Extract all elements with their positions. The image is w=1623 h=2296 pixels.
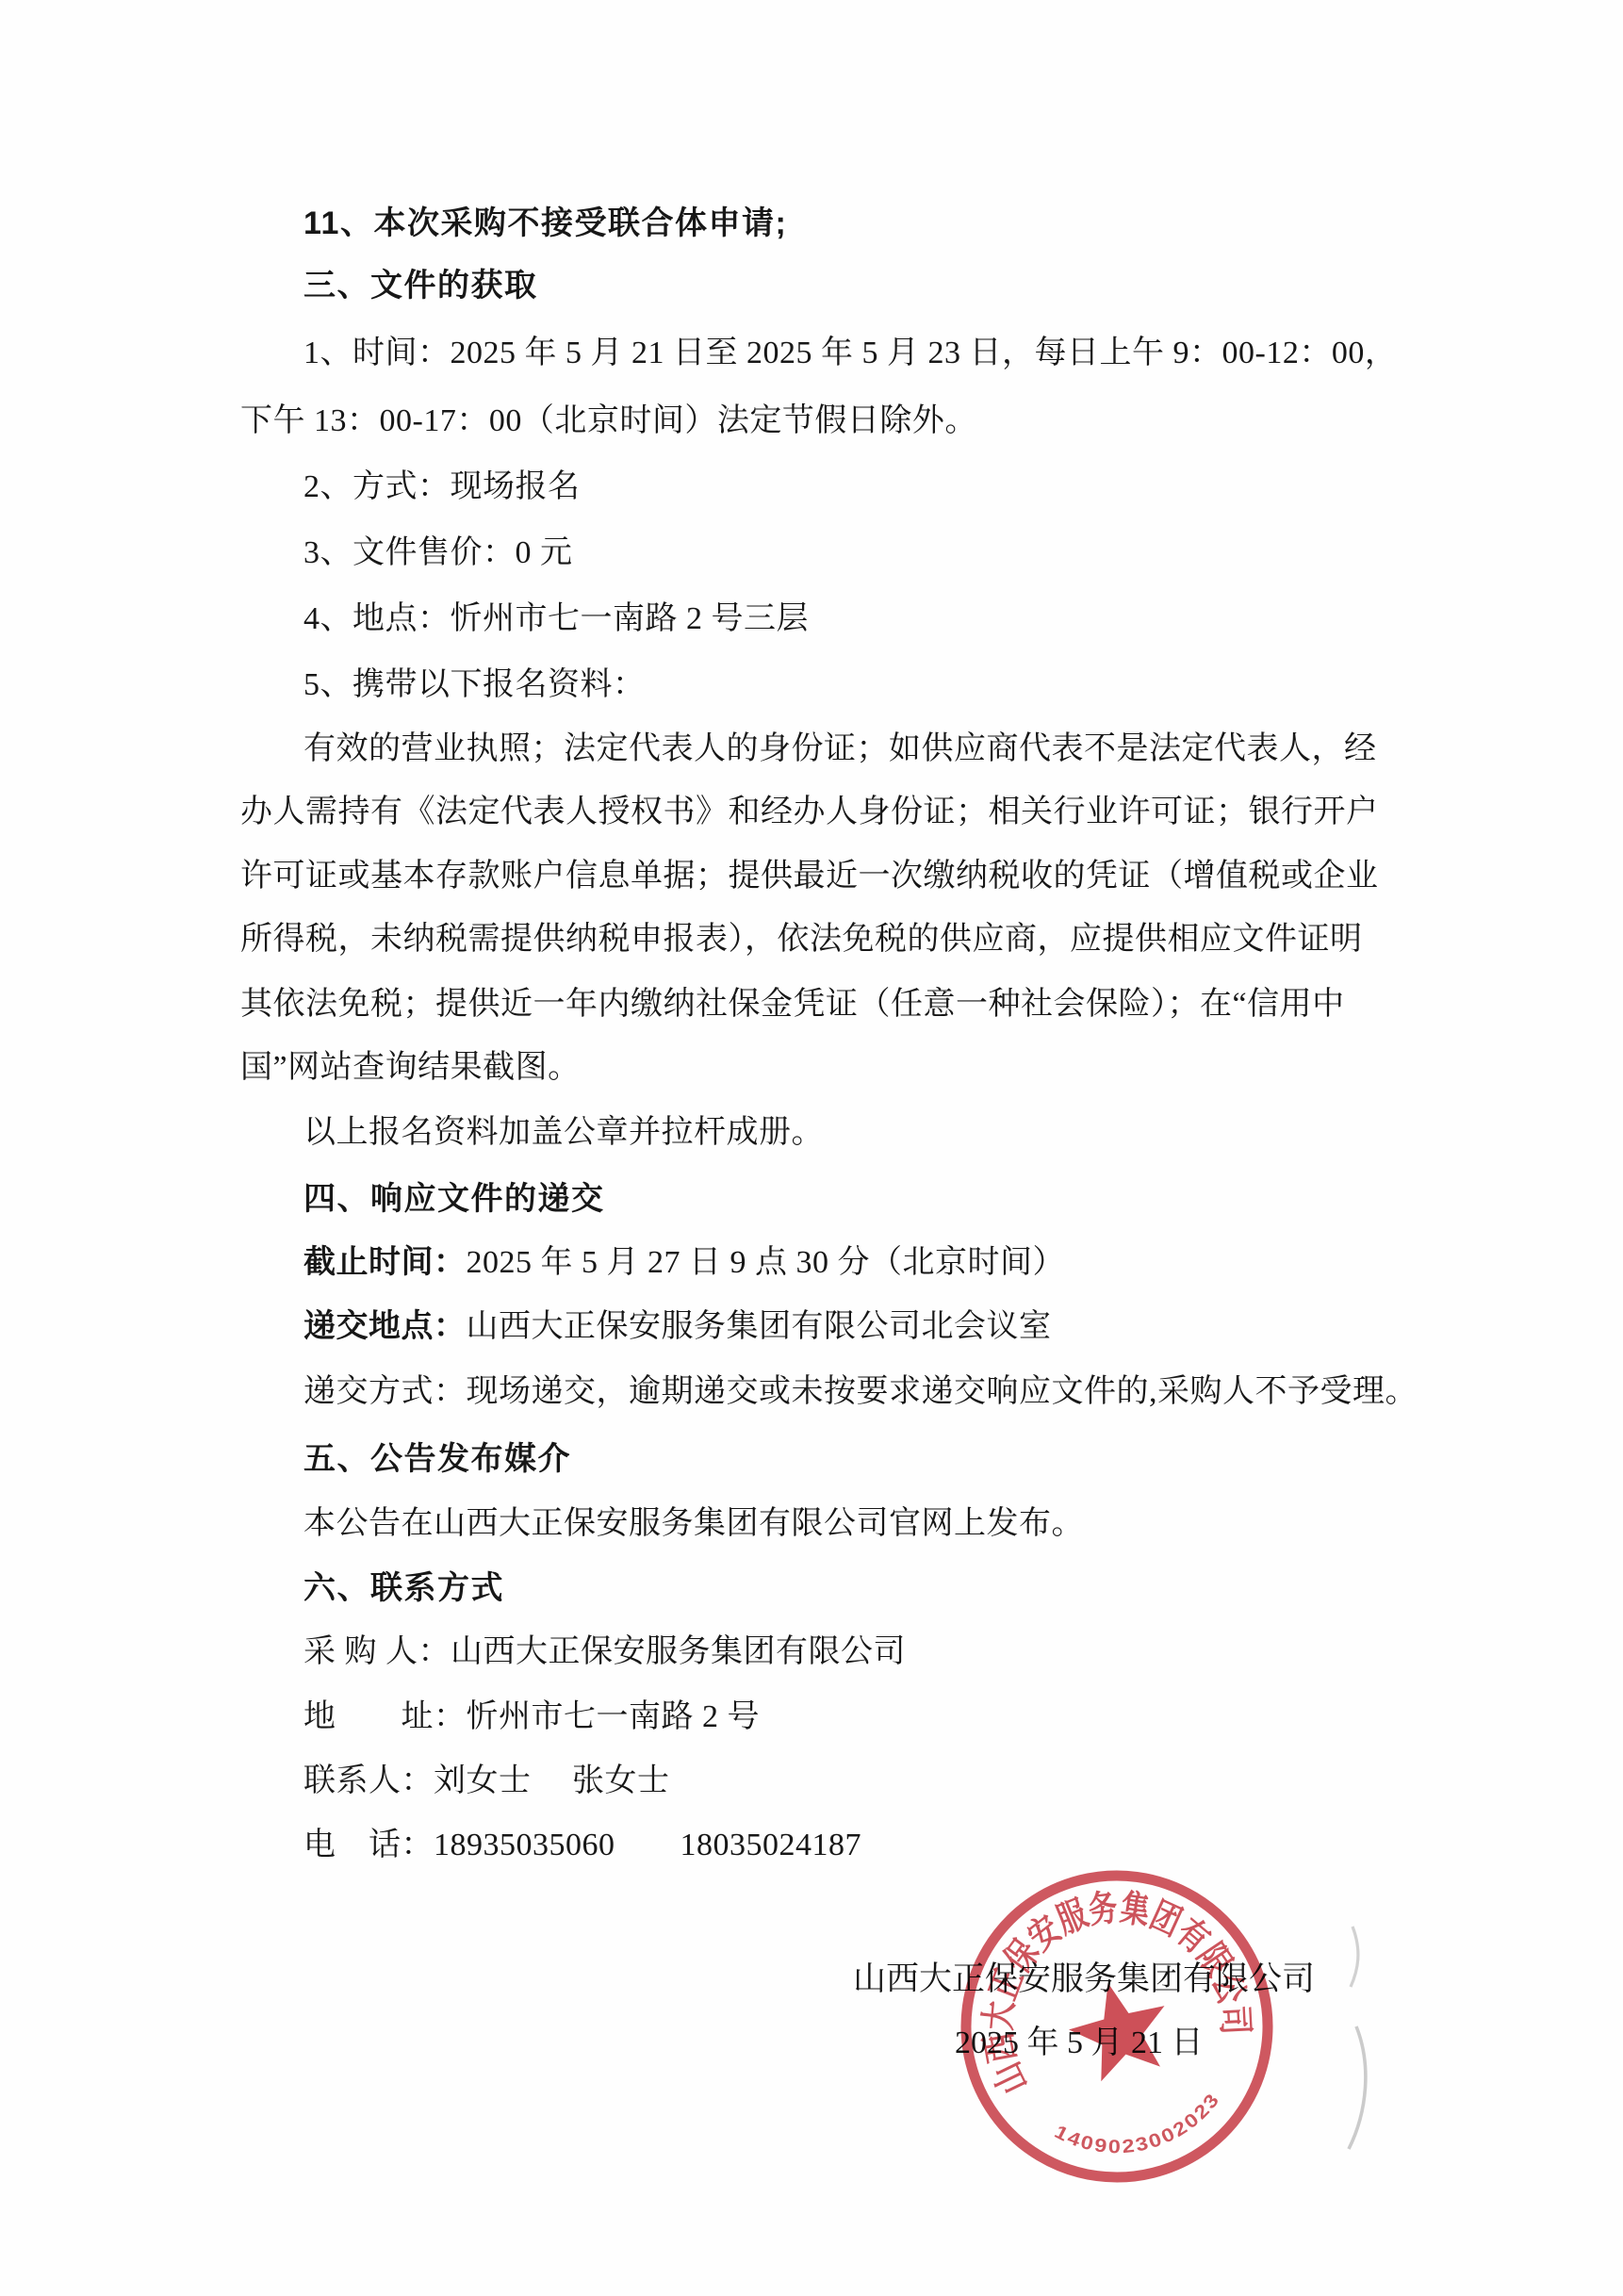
text-line: 四、响应文件的递交	[303, 1167, 605, 1231]
text-line: 其依法免税；提供近一年内缴纳社保金凭证（任意一种社会保险）；在“信用中	[240, 973, 1345, 1037]
text-line: 联系人：刘女士 张女士	[303, 1749, 670, 1813]
text-line: 11、本次采购不接受联合体申请;	[303, 191, 787, 255]
text-line: 三、文件的获取	[303, 254, 538, 318]
text-line: 电 话：18935035060 18035024187	[303, 1813, 861, 1878]
document-body: 11、本次采购不接受联合体申请;三、文件的获取1、时间：2025 年 5 月 2…	[0, 0, 1623, 2296]
star-icon	[1060, 1971, 1179, 2086]
text-line: 办人需持有《法定代表人授权书》和经办人身份证；相关行业许可证；银行开户	[240, 780, 1379, 845]
text-line: 下午 13：00-17：00（北京时间）法定节假日除外。	[240, 389, 977, 453]
text-line: 地 址：忻州市七一南路 2 号	[303, 1685, 760, 1749]
svg-text:1409023002023: 1409023002023	[1047, 2082, 1233, 2176]
text-line: 所得税，未纳税需提供纳税申报表），依法免税的供应商，应提供相应文件证明	[240, 908, 1363, 972]
line-text: 山西大正保安服务集团有限公司北会议室	[467, 1309, 1052, 1344]
line-label: 递交地点：	[303, 1309, 467, 1344]
text-line: 5、携带以下报名资料：	[303, 653, 646, 717]
text-line: 本公告在山西大正保安服务集团有限公司官网上发布。	[303, 1492, 1084, 1556]
text-line: 截止时间：2025 年 5 月 27 日 9 点 30 分（北京时间）	[303, 1231, 1065, 1295]
text-line: 有效的营业执照；法定代表人的身份证；如供应商代表不是法定代表人，经	[303, 717, 1377, 781]
text-line: 1、时间：2025 年 5 月 21 日至 2025 年 5 月 23 日，每日…	[303, 321, 1397, 385]
line-label: 截止时间：	[303, 1245, 467, 1280]
text-line: 递交方式：现场递交，逾期递交或未按要求递交响应文件的,采购人不予受理。	[303, 1360, 1418, 1424]
text-line: 五、公告发布媒介	[303, 1427, 571, 1491]
text-line: 国”网站查询结果截图。	[240, 1036, 581, 1100]
text-line: 许可证或基本存款账户信息单据；提供最近一次缴纳税收的凭证（增值税或企业	[240, 845, 1379, 909]
text-line: 4、地点：忻州市七一南路 2 号三层	[303, 587, 809, 651]
text-line: 采 购 人：山西大正保安服务集团有限公司	[303, 1620, 906, 1684]
text-line: 以上报名资料加盖公章并拉杆成册。	[303, 1101, 824, 1165]
official-company-seal: 山西大正保安服务集团有限公司 1409023002023	[928, 1838, 1305, 2215]
document-page: 11、本次采购不接受联合体申请;三、文件的获取1、时间：2025 年 5 月 2…	[0, 0, 1623, 2296]
seal-serial-number: 1409023002023	[1047, 2082, 1233, 2176]
line-text: 2025 年 5 月 27 日 9 点 30 分（北京时间）	[467, 1245, 1066, 1280]
text-line: 3、文件售价：0 元	[303, 521, 573, 585]
text-line: 2、方式：现场报名	[303, 455, 581, 519]
text-line: 递交地点：山西大正保安服务集团有限公司北会议室	[303, 1295, 1052, 1359]
text-line: 六、联系方式	[303, 1556, 504, 1620]
